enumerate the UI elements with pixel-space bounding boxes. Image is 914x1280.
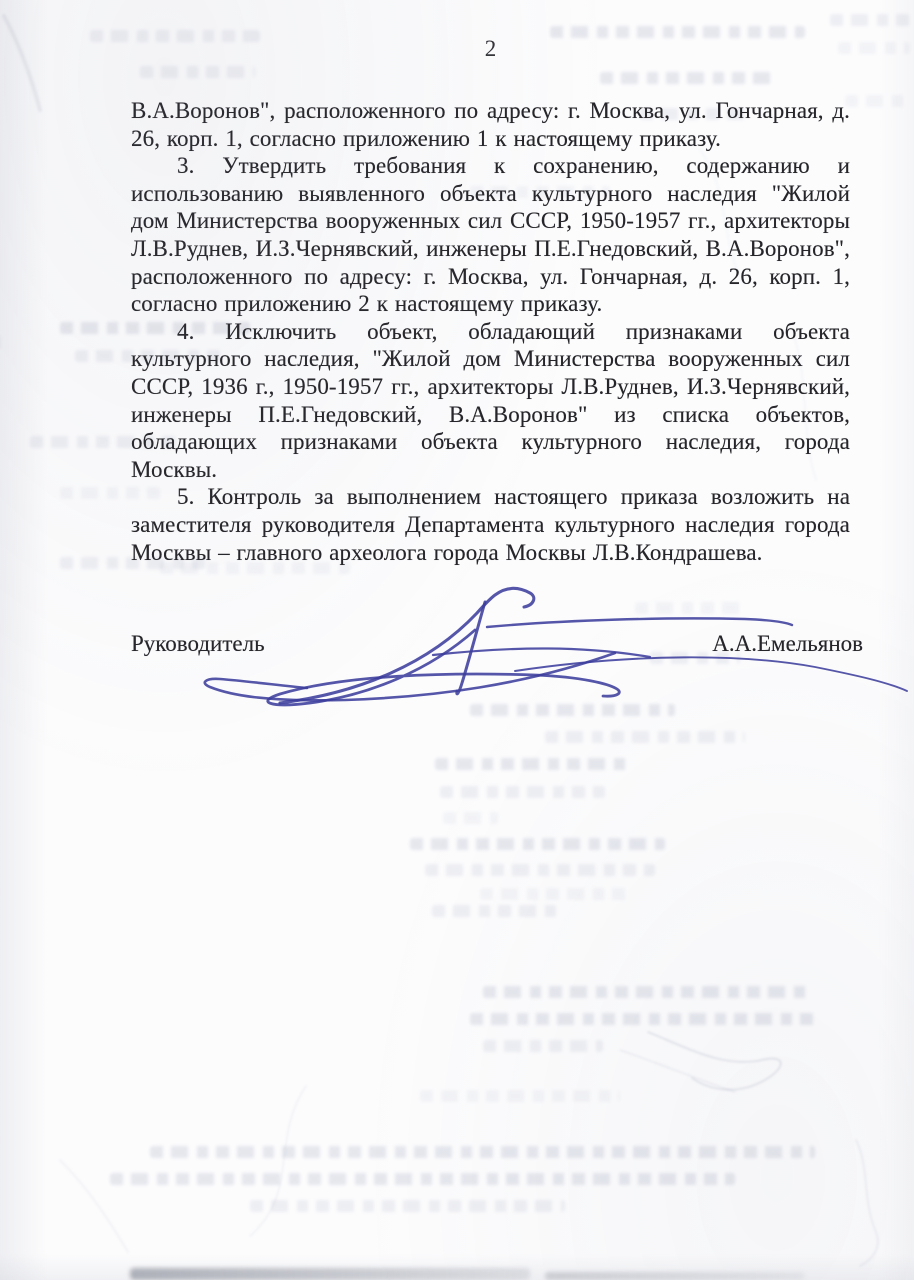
scan-shadow [545,1272,805,1280]
bleedthrough-line [425,864,655,876]
bleedthrough-line [150,1146,815,1158]
bleedthrough-line [443,812,498,824]
bleedthrough-line [845,95,905,107]
bleedthrough-line [110,1173,735,1185]
bleedthrough-line [545,731,745,743]
document-body: В.А.Воронов", расположенного по адресу: … [131,97,850,566]
bleedthrough-line [140,66,255,78]
bleedthrough-line [410,838,665,850]
bleedthrough-line [830,14,910,26]
bleedthrough-line [470,1013,815,1025]
bleedthrough-line [470,704,675,716]
bleedthrough-line [483,1040,603,1052]
scanned-document-page: 2 В.А.Воронов", расположенного по адресу… [0,0,914,1280]
bleedthrough-line [440,786,605,798]
page-number: 2 [131,36,850,62]
bleedthrough-line [420,1090,620,1102]
bleedthrough-line [250,1200,565,1212]
bleedthrough-line [600,72,775,84]
bleedthrough-line [480,888,630,900]
bleedthrough-line [0,335,1,361]
signatory-name: А.А.Емельянов [712,631,863,657]
scan-shadow [130,1268,530,1280]
bleedthrough-line [435,758,630,770]
bleedthrough-line [483,986,813,998]
paragraph-item-4: 4. Исключить объект, обладающий признака… [131,318,850,484]
paragraph-continuation: В.А.Воронов", расположенного по адресу: … [131,97,850,152]
paragraph-item-5: 5. Контроль за выполнением настоящего пр… [131,483,850,566]
paragraph-item-3: 3. Утвердить требования к сохранению, со… [131,152,850,318]
bleedthrough-line [432,905,557,917]
bleedthrough-line [635,602,745,614]
signature-role-label: Руководитель [131,631,265,657]
